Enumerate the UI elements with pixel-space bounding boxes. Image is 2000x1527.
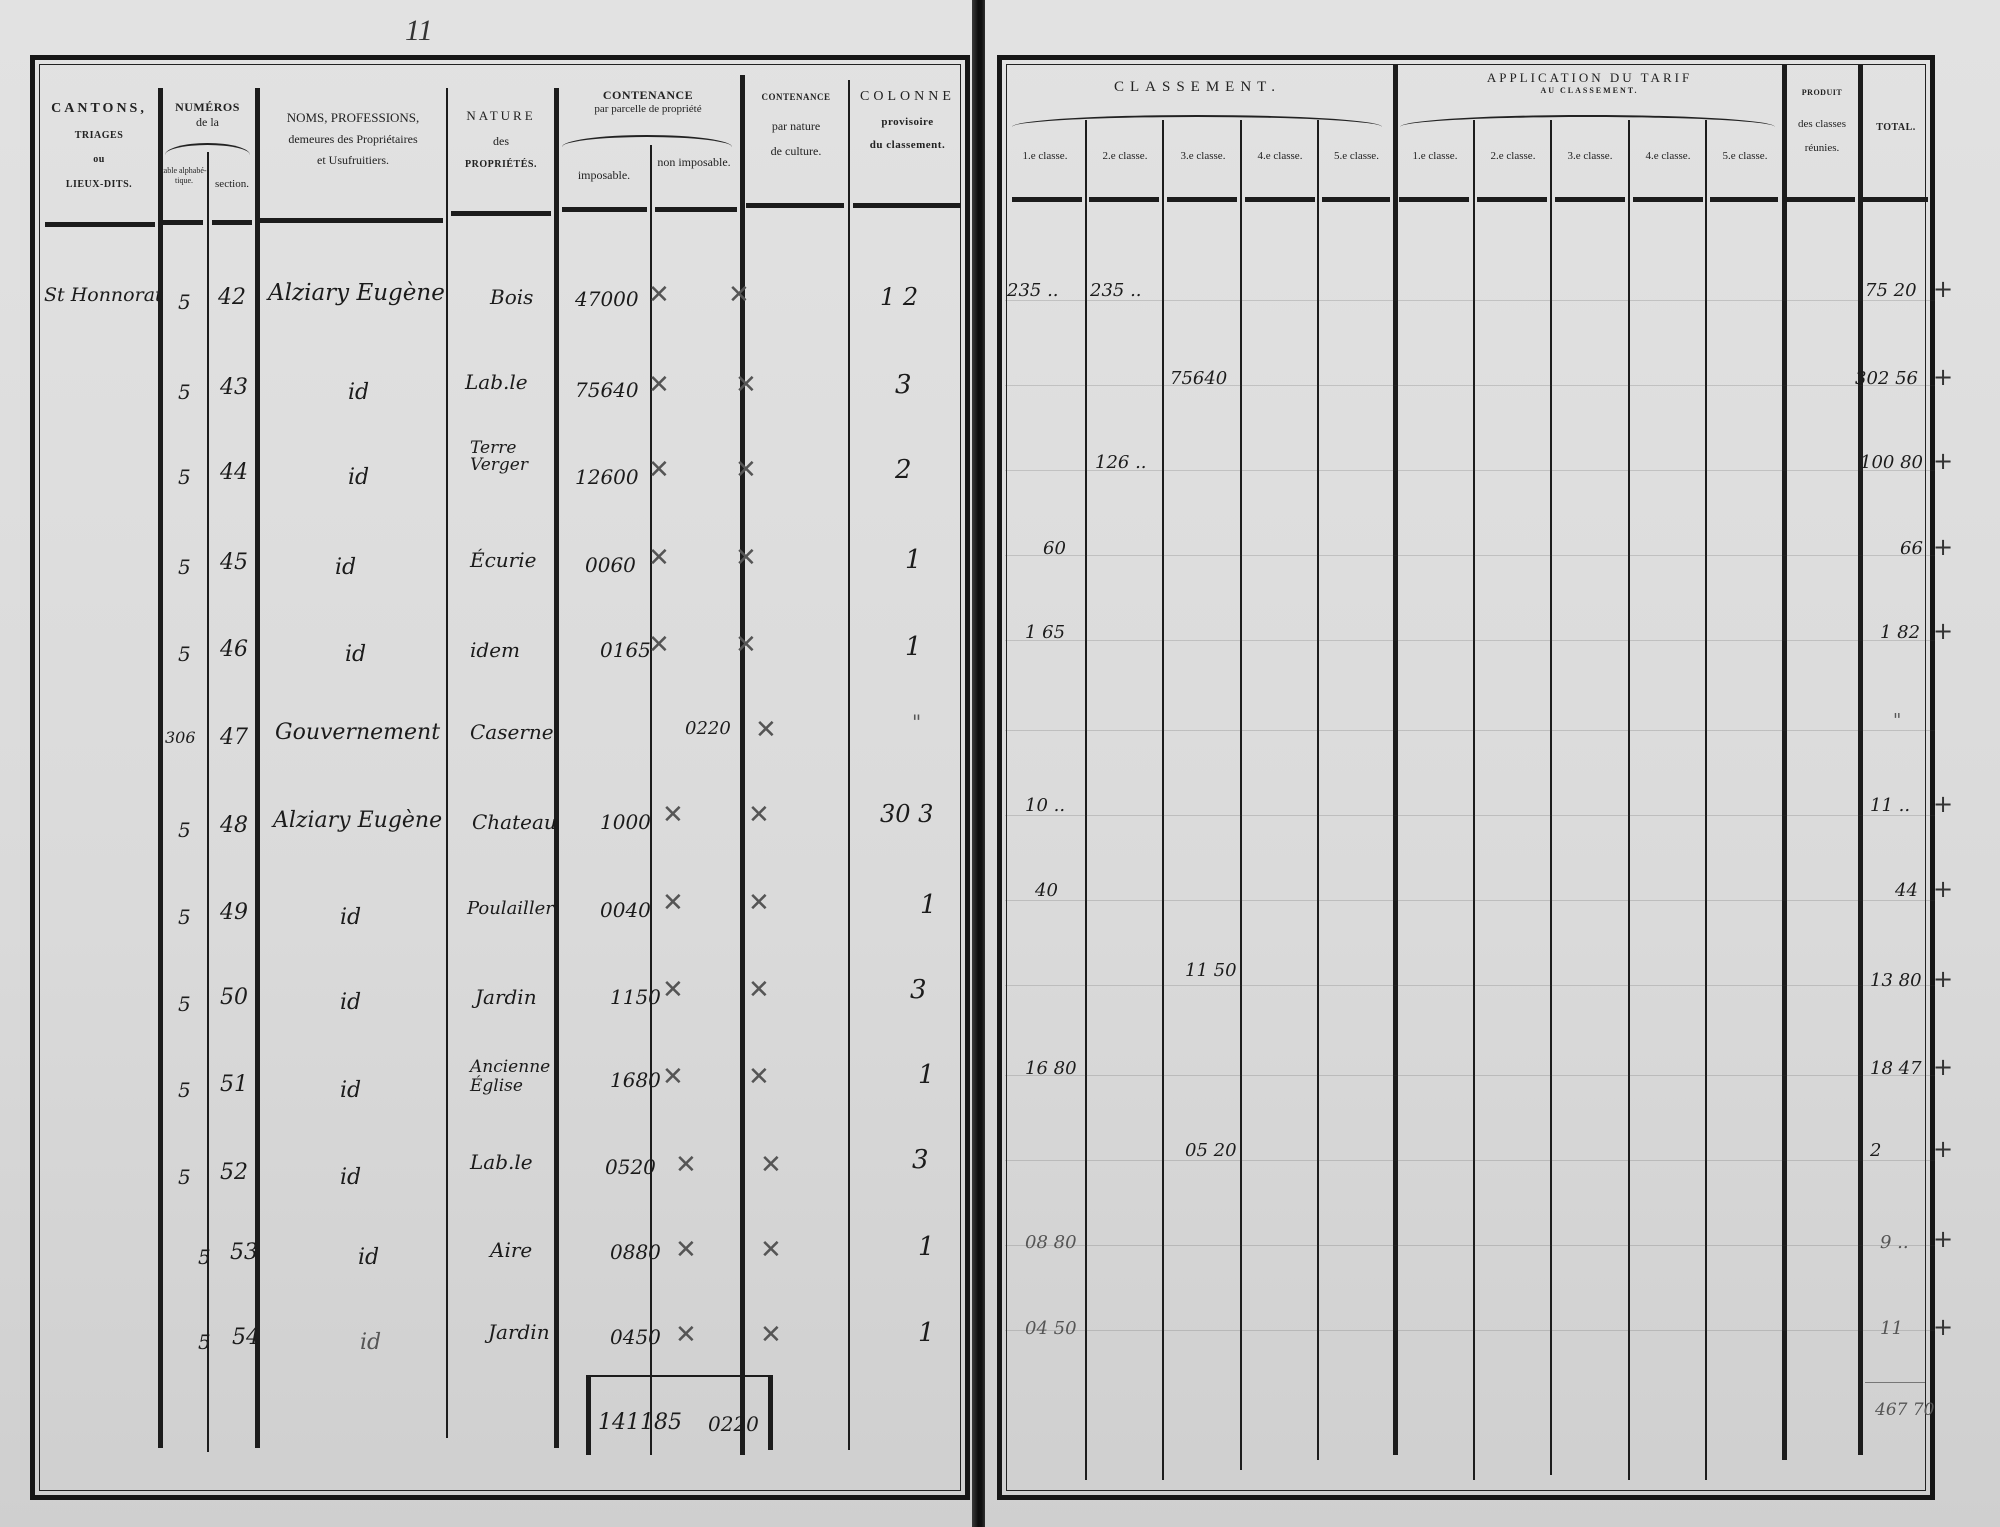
ruled-line (1005, 815, 1935, 816)
cell-table: 5 (178, 380, 191, 404)
col-divider (1628, 120, 1630, 1480)
cell-total: 44 (1895, 880, 1918, 901)
col-divider (446, 88, 448, 1438)
header-rule (1167, 197, 1237, 202)
right-page: CLASSEMENT. 1.e classe. 2.e classe. 3.e … (985, 0, 2000, 1527)
header-contenance-parcelle: CONTENANCE par parcelle de propriété (558, 88, 738, 117)
col-divider (1162, 120, 1164, 1480)
header-rule (451, 211, 551, 216)
cell-imposable: 75640 (575, 378, 639, 402)
cell-imposable: 1680 (610, 1068, 661, 1092)
cell-nature: Lab.le (470, 1150, 533, 1174)
check-mark-icon: ✕ (662, 975, 684, 1005)
header-rule (1787, 197, 1855, 202)
cell-imposable: 0060 (585, 553, 636, 577)
header-numeros: NUMÉROS de la (160, 100, 255, 130)
cell-nature: Jardin (488, 1320, 550, 1344)
cell-table: 5 (198, 1330, 211, 1354)
cell-imposable: 1150 (610, 985, 661, 1009)
col-divider (1393, 65, 1398, 1455)
cell-nature: Ancienne Église (470, 1058, 550, 1095)
check-mark-icon: + (1933, 1225, 1953, 1253)
header-table-alphabetique: table alphabé-tique. (160, 166, 208, 186)
cell-table: 5 (178, 555, 191, 579)
col-divider (848, 80, 850, 1450)
ruled-line (1005, 640, 1935, 641)
header-rule (1555, 197, 1625, 202)
check-mark-icon: ✕ (728, 280, 750, 310)
cell-section: 43 (220, 375, 248, 400)
col-divider (1317, 120, 1319, 1460)
ruled-line (1005, 900, 1935, 901)
cell-section: 46 (220, 637, 248, 662)
lieu-dit: St Honnorat (44, 284, 163, 306)
check-mark-icon: ✕ (648, 455, 670, 485)
total-non-imposable: 0220 (708, 1412, 759, 1436)
cell-section: 42 (218, 285, 246, 310)
cell-nature: Écurie (470, 548, 536, 572)
header-rule (1863, 197, 1928, 202)
header-rule (1477, 197, 1547, 202)
check-mark-icon: + (1933, 447, 1953, 475)
cell-classe-1: 04 50 (1025, 1318, 1077, 1339)
cell-nom: Gouvernement (275, 720, 440, 745)
right-table-frame (997, 55, 1935, 1500)
cell-classe: 1 (918, 1318, 935, 1348)
cell-nature: Aire (490, 1238, 532, 1262)
cell-imposable: 0040 (600, 898, 651, 922)
cell-nom: id (358, 1245, 379, 1270)
header-tarif-col: 3.e classe. (1552, 150, 1628, 164)
cell-nom: id (348, 465, 369, 490)
cell-nom: id (340, 990, 361, 1015)
ruled-line (1005, 1245, 1935, 1246)
left-table-frame (30, 55, 970, 1500)
header-rule (45, 222, 155, 227)
cell-classe-3: 11 50 (1185, 960, 1237, 981)
col-divider (1085, 120, 1087, 1480)
cell-section: 49 (220, 900, 248, 925)
col-divider (1550, 120, 1552, 1475)
cell-nature: Chateau (472, 810, 557, 834)
check-mark-icon: + (1933, 1135, 1953, 1163)
check-mark-icon: ✕ (662, 800, 684, 830)
header-rule (1710, 197, 1778, 202)
header-classement-col: 1.e classe. (1005, 150, 1085, 164)
cell-non-imposable: 0220 (685, 718, 731, 739)
header-rule (853, 203, 961, 208)
header-produit: PRODUIT des classes réunies. (1785, 88, 1859, 156)
cell-table: 5 (178, 992, 191, 1016)
check-mark-icon: ✕ (662, 888, 684, 918)
check-mark-icon: + (1933, 533, 1953, 561)
header-rule (1245, 197, 1315, 202)
check-mark-icon: ✕ (755, 715, 777, 745)
cell-classe: 1 2 (880, 283, 918, 311)
grand-total-rule (1865, 1382, 1925, 1383)
header-rule (163, 220, 203, 225)
cell-imposable: 0165 (600, 638, 651, 662)
header-tarif-col: 2.e classe. (1475, 150, 1551, 164)
check-mark-icon: ✕ (748, 975, 770, 1005)
header-cantons: CANTONS, TRIAGES ou LIEUX-DITS. (40, 100, 158, 191)
check-mark-icon: ✕ (675, 1320, 697, 1350)
cell-nature: Caserne (470, 720, 554, 744)
header-classement-col: 4.e classe. (1242, 150, 1318, 164)
cell-classe: 30 3 (880, 800, 933, 828)
ruled-line (1005, 1160, 1935, 1161)
ruled-line (1005, 730, 1935, 731)
header-non-imposable: non imposable. (652, 155, 736, 170)
cell-classe: 2 (895, 455, 912, 485)
cell-classe-1: 40 (1035, 880, 1058, 901)
check-mark-icon: ✕ (648, 543, 670, 573)
cell-classe-1: 235 .. (1007, 280, 1059, 301)
cell-total: 11 (1880, 1318, 1903, 1339)
check-mark-icon: ✕ (760, 1320, 782, 1350)
ruled-line (1005, 985, 1935, 986)
ruled-line (1005, 300, 1935, 301)
header-rule (746, 203, 844, 208)
check-mark-icon: ✕ (675, 1235, 697, 1265)
cell-nom: id (340, 1078, 361, 1103)
total-imposable: 141185 (598, 1410, 682, 1435)
header-classement: CLASSEMENT. (1005, 78, 1390, 97)
cell-nom: id (348, 380, 369, 405)
check-mark-icon: + (1933, 1313, 1953, 1341)
header-rule (1322, 197, 1390, 202)
check-mark-icon: + (1933, 790, 1953, 818)
ruled-line (1005, 385, 1935, 386)
cell-nom: id (340, 905, 361, 930)
check-mark-icon: ✕ (760, 1150, 782, 1180)
cell-nom: Alziary Eugène (268, 280, 445, 306)
cell-table: 5 (178, 642, 191, 666)
ruled-line (1005, 1075, 1935, 1076)
cell-nature: idem (470, 638, 520, 662)
check-mark-icon: ✕ (735, 543, 757, 573)
ruled-line (1005, 555, 1935, 556)
cell-section: 48 (220, 813, 248, 838)
cell-classe: 1 (905, 545, 922, 575)
cell-total: 2 (1870, 1140, 1881, 1161)
check-mark-icon: ✕ (648, 370, 670, 400)
cell-nom: id (345, 642, 366, 667)
col-divider (1705, 120, 1707, 1480)
cell-table: 5 (178, 1165, 191, 1189)
header-section: section. (208, 178, 256, 192)
cell-total: 75 20 (1865, 280, 1917, 301)
header-rule (562, 207, 647, 212)
col-divider (1473, 120, 1475, 1480)
header-classement-col: 5.e classe. (1319, 150, 1394, 164)
col-divider (1782, 65, 1787, 1460)
check-mark-icon: ✕ (760, 1235, 782, 1265)
check-mark-icon: ✕ (648, 280, 670, 310)
check-mark-icon: ✕ (675, 1150, 697, 1180)
cell-nom: id (335, 555, 356, 580)
cell-table: 306 (165, 728, 196, 747)
cell-nom: id (360, 1330, 381, 1355)
cell-classe-1: 10 .. (1025, 795, 1065, 816)
header-imposable: imposable. (558, 168, 650, 183)
cell-nature: Terre Verger (470, 440, 550, 474)
cell-table: 5 (178, 818, 191, 842)
cell-total: 13 80 (1870, 970, 1922, 991)
header-rule (655, 207, 737, 212)
header-total: TOTAL. (1861, 122, 1931, 135)
header-tarif-col: 4.e classe. (1630, 150, 1706, 164)
totals-divider (768, 1375, 773, 1450)
cell-table: 5 (178, 465, 191, 489)
cell-nature: Jardin (475, 985, 537, 1009)
header-classement-col: 2.e classe. (1087, 150, 1163, 164)
check-mark-icon: ✕ (648, 630, 670, 660)
cell-total: " (1893, 710, 1901, 731)
grand-total: 467 70 (1875, 1400, 1934, 1420)
ruled-line (1005, 1330, 1935, 1331)
totals-rule (588, 1375, 770, 1377)
left-page: 11 CANTONS, TRIAGES ou LIEUX-DITS. NUMÉR… (0, 0, 975, 1527)
cell-nature: Poulailler (467, 898, 554, 919)
header-contenance-nature: CONTENANCE par nature de culture. (744, 92, 848, 159)
header-noms: NOMS, PROFESSIONS, demeures des Propriét… (260, 110, 446, 168)
col-divider (1240, 120, 1242, 1470)
cell-classe-1: 08 80 (1025, 1232, 1077, 1253)
cell-table: 5 (178, 290, 191, 314)
cell-classe: 3 (912, 1145, 929, 1175)
check-mark-icon: ✕ (748, 888, 770, 918)
cell-classe: 1 (918, 1060, 935, 1090)
cell-total: 9 .. (1880, 1232, 1909, 1253)
check-mark-icon: ✕ (735, 630, 757, 660)
check-mark-icon: ✕ (662, 1062, 684, 1092)
cell-nature: Lab.le (465, 370, 528, 394)
header-rule (1012, 197, 1082, 202)
header-rule (212, 220, 252, 225)
header-colonne: COLONNE provisoire du classement. (850, 88, 965, 153)
check-mark-icon: ✕ (748, 1062, 770, 1092)
cell-classe: 1 (918, 1232, 935, 1262)
cell-section: 54 (232, 1325, 260, 1350)
check-mark-icon: + (1933, 965, 1953, 993)
cell-classe: 3 (910, 975, 927, 1005)
check-mark-icon: + (1933, 363, 1953, 391)
cell-section: 53 (230, 1240, 258, 1265)
cell-total: 11 .. (1870, 795, 1910, 816)
check-mark-icon: + (1933, 275, 1953, 303)
cell-imposable: 0520 (605, 1155, 656, 1179)
cell-section: 47 (220, 725, 248, 750)
header-classement-col: 3.e classe. (1165, 150, 1241, 164)
check-mark-icon: + (1933, 1053, 1953, 1081)
cell-section: 51 (220, 1072, 248, 1097)
cell-section: 45 (220, 550, 248, 575)
col-divider (1858, 65, 1863, 1455)
header-nature: NATURE des PROPRIÉTÉS. (448, 108, 554, 172)
cell-nom: Alziary Eugène (273, 808, 442, 833)
cell-classe: 1 (905, 632, 922, 662)
cell-table: 5 (178, 905, 191, 929)
check-mark-icon: ✕ (748, 800, 770, 830)
cell-classe: " (912, 710, 921, 734)
header-tarif-col: 5.e classe. (1707, 150, 1783, 164)
cell-nature: Bois (490, 285, 533, 309)
header-tarif-col: 1.e classe. (1395, 150, 1475, 164)
header-rule (1399, 197, 1469, 202)
cell-classe-3: 05 20 (1185, 1140, 1237, 1161)
folio-number: 11 (405, 14, 433, 48)
check-mark-icon: + (1933, 617, 1953, 645)
header-rule (260, 218, 443, 223)
totals-divider (586, 1375, 591, 1455)
check-mark-icon: + (1933, 875, 1953, 903)
cell-table: 5 (178, 1078, 191, 1102)
header-rule (1633, 197, 1703, 202)
cell-classe: 3 (895, 370, 912, 400)
check-mark-icon: ✕ (735, 370, 757, 400)
cell-section: 44 (220, 460, 248, 485)
cell-classe: 1 (920, 890, 937, 920)
col-divider (554, 88, 559, 1448)
cell-imposable: 1000 (600, 810, 651, 834)
cell-section: 50 (220, 985, 248, 1010)
cell-imposable: 47000 (575, 287, 639, 311)
ruled-line (1005, 470, 1935, 471)
cell-nom: id (340, 1165, 361, 1190)
header-tarif: APPLICATION DU TARIF AU CLASSEMENT. (1397, 70, 1782, 96)
header-rule (1089, 197, 1159, 202)
cell-classe-2: 235 .. (1090, 280, 1142, 301)
cell-imposable: 12600 (575, 465, 639, 489)
cell-table: 5 (198, 1245, 211, 1269)
cell-imposable: 0880 (610, 1240, 661, 1264)
cell-section: 52 (220, 1160, 248, 1185)
cell-imposable: 0450 (610, 1325, 661, 1349)
check-mark-icon: ✕ (735, 455, 757, 485)
